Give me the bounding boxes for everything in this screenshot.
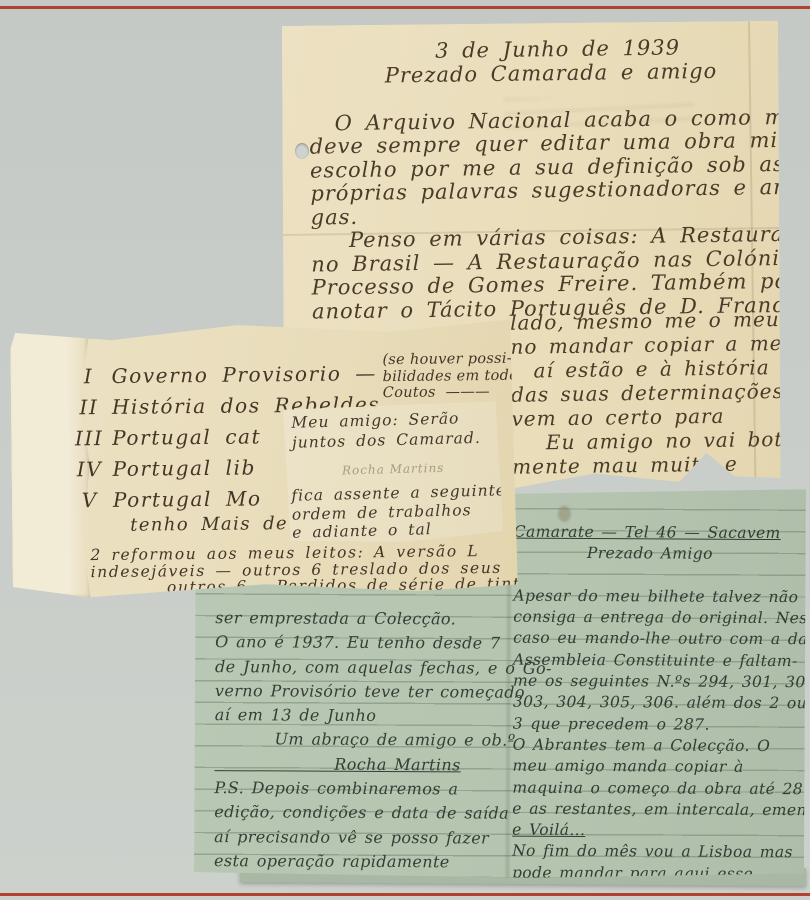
list-item-text: Portugal cat — [112, 421, 261, 454]
handwritten-line: O ano é 1937. Eu tenho desde 7 — [215, 630, 515, 656]
handwritten-line: juntos dos Camarad. — [292, 428, 481, 453]
handwritten-line: O Abrantes tem a Colecção. O — [513, 735, 801, 758]
handwritten-line: Prezado Amigo — [514, 543, 802, 566]
list-item-numeral: IV — [66, 454, 112, 485]
extra-handwritten-line: tenho Mais de 4 — [130, 513, 313, 536]
list-item: I Governo Provisorio — — [65, 358, 380, 392]
green-letter-right-column: Camarate — Tel 46 — Sacavem Prezado Amig… — [512, 522, 802, 886]
printed-letterhead: Rocha Martins — [285, 459, 502, 479]
handwritten-line: caso eu mando-lhe outro com a da — [513, 628, 801, 651]
list-item-text: Portugal lib — [112, 452, 256, 485]
list-item-text: Portugal Mo — [113, 483, 262, 516]
handwritten-line: verno Provisório teve ter começado — [215, 679, 515, 705]
letter-body-lines: 3 de Junho de 1939 Prezado Camarada e am… — [308, 34, 810, 323]
handwritten-line: me os seguintes N.ºs 294, 301, 302 — [513, 671, 801, 694]
note-card-bottom-lines: fica assente a seguinteordem de trabalho… — [291, 481, 507, 542]
handwritten-line: esta operação rapidamente — [214, 849, 514, 875]
handwritten-line: e Voilá... — [512, 820, 800, 843]
handwritten-line: Rocha Martins — [214, 752, 514, 778]
handwritten-line: das suas determinações — [511, 379, 796, 407]
photo-frame-line-bottom — [0, 893, 810, 896]
handwritten-line: ser emprestada a Colecção. — [215, 606, 515, 632]
handwritten-line: mente mau muito e — [512, 451, 797, 479]
ink-stain — [558, 506, 571, 522]
handwritten-line: Apesar do meu bilhete talvez não — [513, 586, 801, 609]
handwritten-line: aí precisando vê se posso fazer — [214, 825, 514, 851]
paper-hole-punch — [295, 143, 309, 159]
handwritten-line: meu amigo manda copiar à — [512, 756, 800, 779]
handwritten-line: 303, 304, 305, 306. além dos 2 ou — [513, 692, 801, 715]
handwritten-line: aí em 13 de Junho — [215, 703, 515, 729]
list-item-text: Governo Provisorio — — [111, 358, 377, 392]
handwritten-line: de Junho, com aquelas fechas, e o Go- — [215, 655, 515, 681]
note-card: Meu amigo: Serãojuntos dos Camarad. Roch… — [283, 401, 504, 545]
handwritten-line: P.S. Depois combinaremos a — [214, 776, 514, 802]
letter-visible-fragments: lado, mesmo me o meuno mandar copiar a m… — [510, 307, 797, 479]
handwritten-line: consiga a entrega do original. Nesse — [513, 607, 801, 630]
green-letter-left-column: ser emprestada a Colecção.O ano é 1937. … — [214, 606, 515, 875]
handwritten-line: 3 que precedem o 287. — [513, 713, 801, 736]
handwritten-line: Um abraço de amigo e ob.º — [215, 728, 515, 754]
list-item-numeral: V — [67, 485, 113, 516]
note-card-top-lines: Meu amigo: Serãojuntos dos Camarad. — [291, 408, 481, 453]
handwritten-line: Eu amigo no vai bote — [512, 427, 797, 455]
photo-background: 3 de Junho de 1939 Prezado Camarada e am… — [0, 0, 810, 900]
handwritten-line: edição, condições e data de saída — [214, 800, 514, 826]
handwritten-line: e as restantes, em intercala, emenda — [512, 799, 800, 822]
handwritten-line: Assembleia Constituinte e faltam- — [513, 649, 801, 672]
photo-frame-line-top — [0, 6, 810, 9]
list-item-numeral: III — [66, 423, 112, 454]
handwritten-line: Camarate — Tel 46 — Sacavem — [514, 522, 802, 545]
handwritten-line: maquina o começo da obra até 287 — [512, 777, 800, 800]
handwritten-line — [513, 564, 801, 587]
handwritten-line: No fim do mês vou a Lisboa mas — [512, 841, 800, 864]
list-item-numeral: I — [65, 361, 111, 392]
list-item-numeral: II — [66, 392, 112, 423]
